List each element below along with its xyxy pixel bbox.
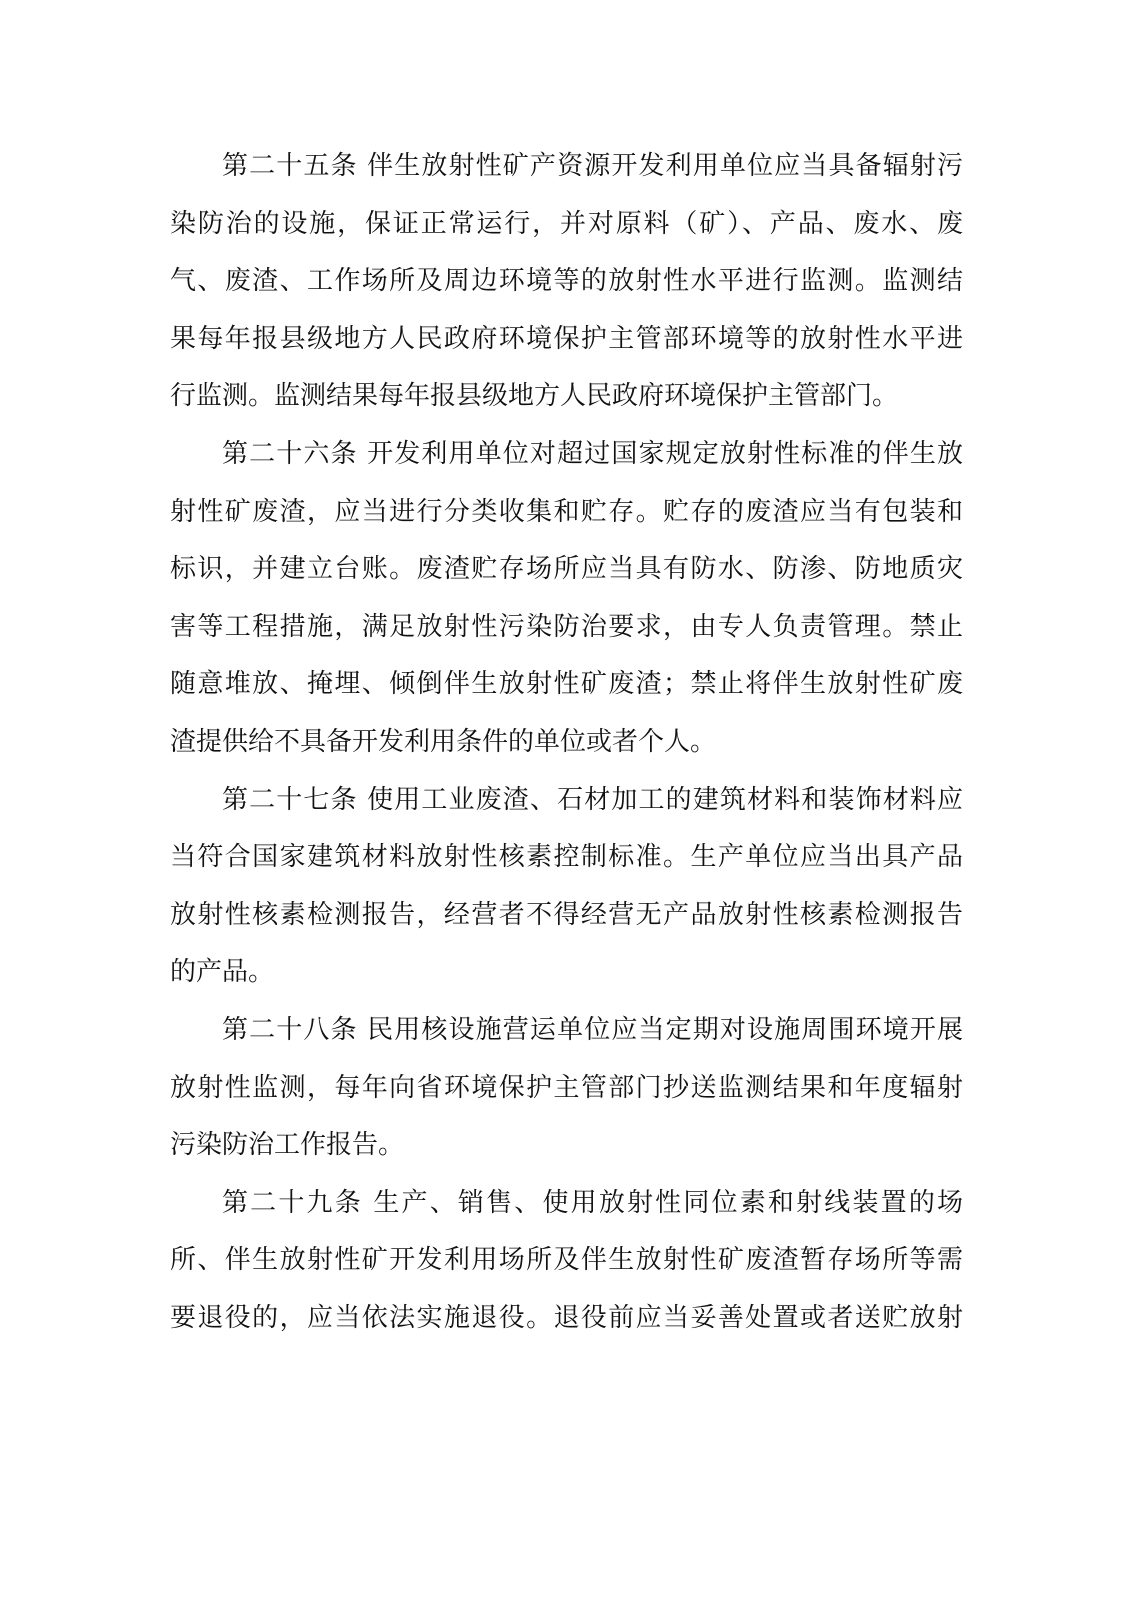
text-line: 放射性监测，每年向省环境保护主管部门抄送监测结果和年度辐射 — [170, 1060, 963, 1118]
paragraph-article-25: 第二十五条 伴生放射性矿产资源开发利用单位应当具备辐射污 染防治的设施，保证正常… — [170, 138, 963, 426]
document-page: 第二十五条 伴生放射性矿产资源开发利用单位应当具备辐射污 染防治的设施，保证正常… — [0, 0, 1132, 1600]
text-line: 第二十七条 使用工业废渣、石材加工的建筑材料和装饰材料应 — [170, 772, 963, 830]
paragraph-article-27: 第二十七条 使用工业废渣、石材加工的建筑材料和装饰材料应 当符合国家建筑材料放射… — [170, 772, 963, 1002]
text-line: 害等工程措施，满足放射性污染防治要求，由专人负责管理。禁止 — [170, 599, 963, 657]
text-line: 污染防治工作报告。 — [170, 1117, 963, 1175]
text-line: 第二十八条 民用核设施营运单位应当定期对设施周围环境开展 — [170, 1002, 963, 1060]
text-line: 第二十九条 生产、销售、使用放射性同位素和射线装置的场 — [170, 1175, 963, 1233]
text-line: 染防治的设施，保证正常运行，并对原料（矿）、产品、废水、废 — [170, 196, 963, 254]
text-line: 第二十六条 开发利用单位对超过国家规定放射性标准的伴生放 — [170, 426, 963, 484]
text-line: 放射性核素检测报告，经营者不得经营无产品放射性核素检测报告 — [170, 887, 963, 945]
text-line: 渣提供给不具备开发利用条件的单位或者个人。 — [170, 714, 963, 772]
text-line: 果每年报县级地方人民政府环境保护主管部环境等的放射性水平进 — [170, 311, 963, 369]
text-line: 射性矿废渣，应当进行分类收集和贮存。贮存的废渣应当有包装和 — [170, 484, 963, 542]
text-line: 第二十五条 伴生放射性矿产资源开发利用单位应当具备辐射污 — [170, 138, 963, 196]
text-line: 行监测。监测结果每年报县级地方人民政府环境保护主管部门。 — [170, 368, 963, 426]
text-line: 要退役的，应当依法实施退役。退役前应当妥善处置或者送贮放射 — [170, 1290, 963, 1348]
paragraph-article-29: 第二十九条 生产、销售、使用放射性同位素和射线装置的场 所、伴生放射性矿开发利用… — [170, 1175, 963, 1348]
document-text-block: 第二十五条 伴生放射性矿产资源开发利用单位应当具备辐射污 染防治的设施，保证正常… — [170, 138, 963, 1347]
text-line: 所、伴生放射性矿开发利用场所及伴生放射性矿废渣暂存场所等需 — [170, 1232, 963, 1290]
text-line: 随意堆放、掩埋、倾倒伴生放射性矿废渣；禁止将伴生放射性矿废 — [170, 656, 963, 714]
text-line: 标识，并建立台账。废渣贮存场所应当具有防水、防渗、防地质灾 — [170, 541, 963, 599]
text-line: 的产品。 — [170, 944, 963, 1002]
paragraph-article-26: 第二十六条 开发利用单位对超过国家规定放射性标准的伴生放 射性矿废渣，应当进行分… — [170, 426, 963, 772]
text-line: 气、废渣、工作场所及周边环境等的放射性水平进行监测。监测结 — [170, 253, 963, 311]
paragraph-article-28: 第二十八条 民用核设施营运单位应当定期对设施周围环境开展 放射性监测，每年向省环… — [170, 1002, 963, 1175]
text-line: 当符合国家建筑材料放射性核素控制标准。生产单位应当出具产品 — [170, 829, 963, 887]
